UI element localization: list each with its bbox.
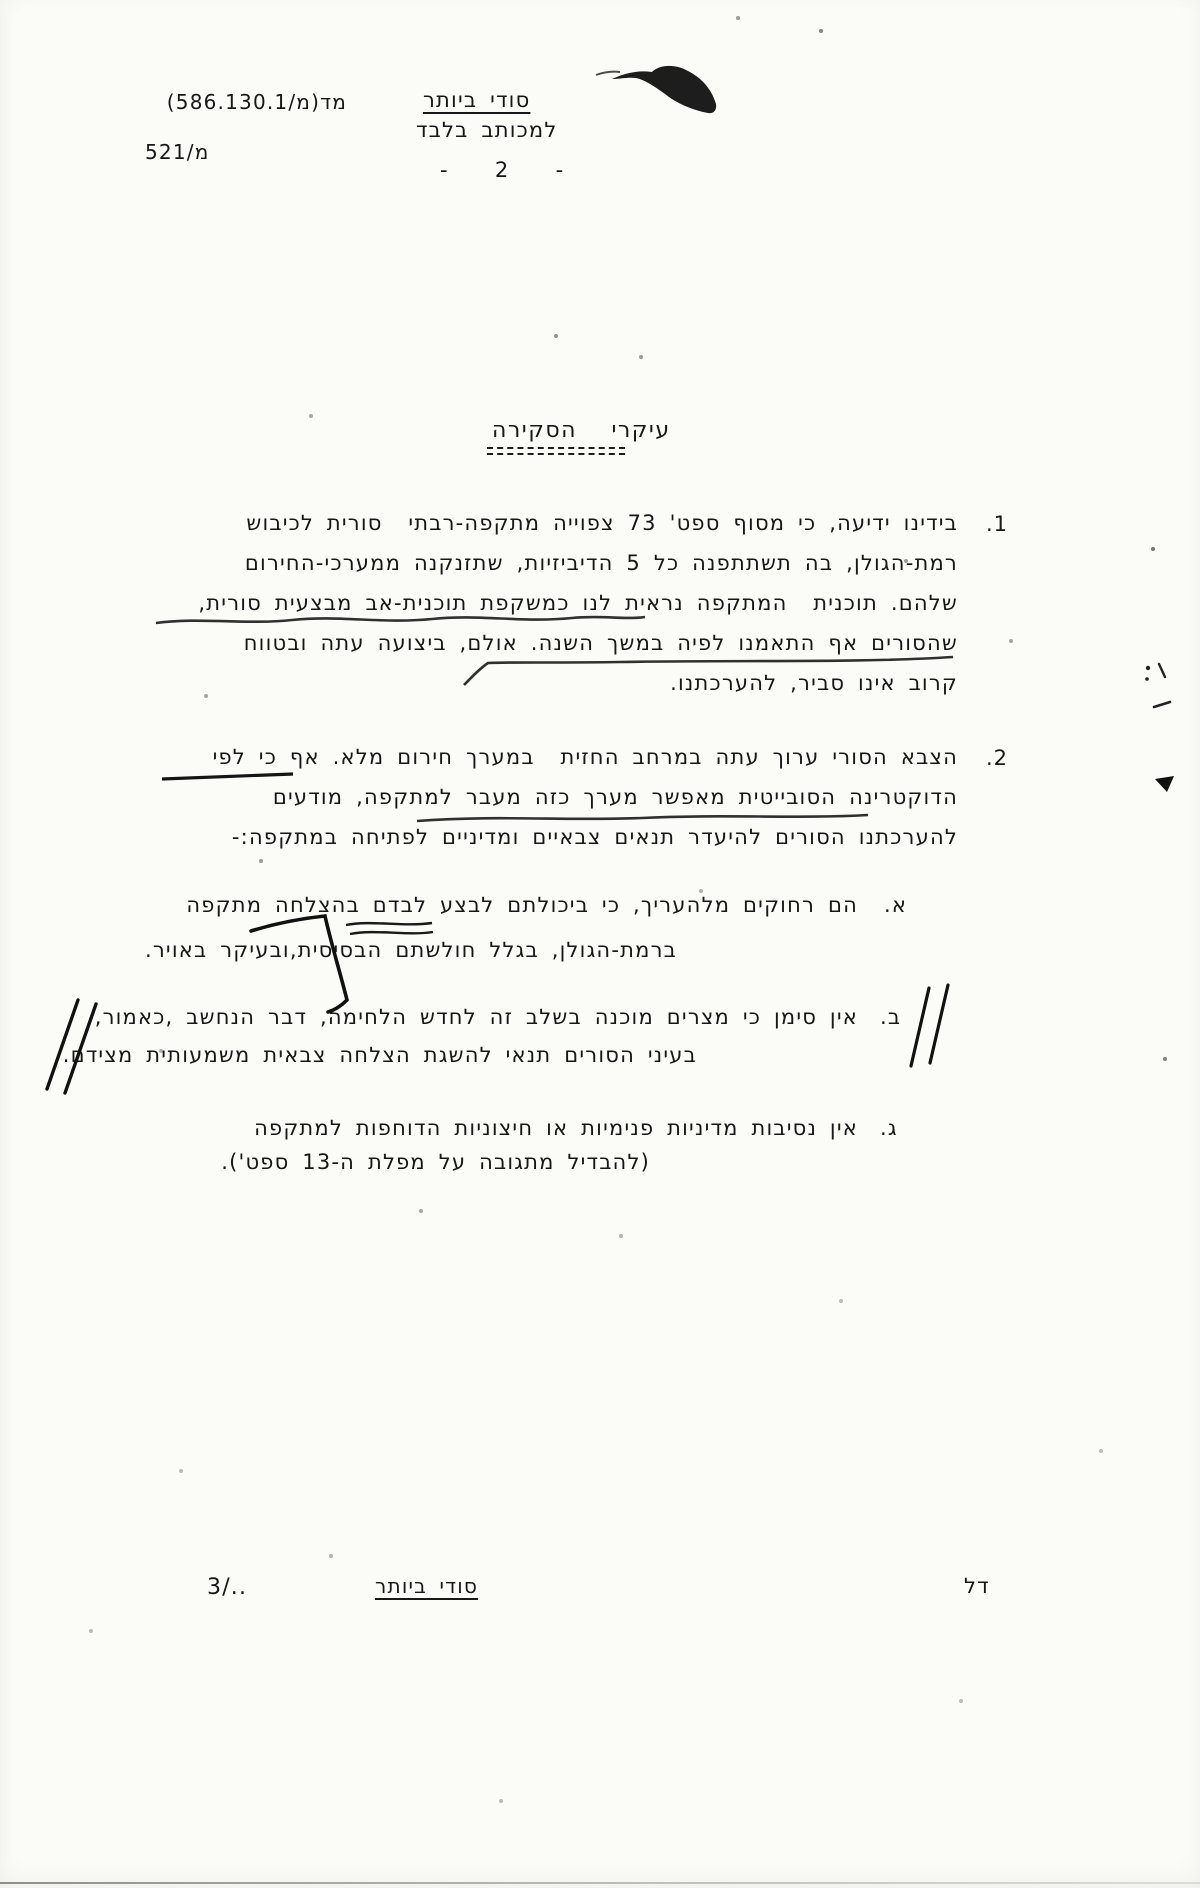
subitem-letter: ג. [880, 1116, 898, 1140]
scan-bottom-edge [0, 1882, 1200, 1884]
scan-specks [0, 0, 2, 2]
paragraph-line: בידינו ידיעה, כי מסוף ספט' 73 צפוייה מתק… [246, 511, 958, 535]
margin-mark-dash [1154, 702, 1170, 707]
addressee-note: למכותב בלבד [416, 118, 558, 142]
paragraph-line: קרוב אינו סביר, להערכתנו. [670, 671, 958, 695]
subitem-line: אין נסיבות מדיניות פנימיות או חיצוניות ה… [254, 1116, 858, 1140]
hand-check-mark [251, 916, 347, 1012]
subitem-line: אין סימן כי מצרים מוכנה בשלב זה לחדש הלח… [95, 1005, 858, 1029]
paragraph-number: .1 [986, 512, 1008, 536]
subitem-line: הם רחוקים מלהעריך, כי ביכולתם לבצע לבדם … [186, 893, 858, 917]
margin-mark-dot [1146, 666, 1150, 670]
footer-classification: סודי ביותר [375, 1574, 478, 1598]
subitem-line: (להבדיל מתגובה על מפלת ה-13 ספט'). [221, 1150, 650, 1174]
double-underline-bottom [350, 932, 433, 934]
margin-mark-tick [1159, 664, 1165, 677]
subitem-line: ברמת-הגולן, בגלל חולשתם הבסיסית,ובעיקר ב… [145, 938, 677, 962]
ink-blot-tail [596, 72, 620, 75]
page-number: - 2 - [440, 158, 565, 182]
double-underline-top [346, 923, 432, 925]
hand-underline-para1-line3 [156, 617, 645, 623]
section-title: עיקרי הסקירה [492, 418, 671, 443]
footer-page-ref: 3/.. [207, 1575, 247, 1600]
subitem-line: בעיני הסורים תנאי להשגת הצלחה צבאית משמע… [63, 1043, 697, 1067]
subitem-letter: ב. [880, 1005, 901, 1029]
hand-underline-para2-line1 [162, 774, 293, 779]
paragraph-line: רמת-הגולן, בה תשתתפנה כל 5 הדיביזיות, שת… [245, 551, 958, 575]
reference-number-line2: מ/521 [145, 140, 312, 164]
document-page: מד(מ/586.130.1) מ/521 סודי ביותר למכותב … [0, 0, 1200, 1888]
reference-number-line1: מד(מ/586.130.1) [145, 90, 347, 114]
paragraph-line: הצבא הסורי ערוך עתה במרחב החזית במערך חי… [213, 745, 958, 769]
classification-header: סודי ביותר [423, 88, 530, 112]
margin-mark-blob [1155, 776, 1174, 792]
footer-initials: דל [964, 1574, 990, 1598]
margin-mark-dot [1145, 677, 1149, 681]
paragraph-number: .2 [986, 746, 1008, 770]
subitem-letter: א. [884, 893, 907, 917]
title-dashed-rule [487, 447, 625, 455]
paragraph-line: להערכתנו הסורים להיעדר תנאים צבאיים ומדי… [232, 825, 958, 849]
hand-underline-para2-line2 [417, 815, 868, 821]
paragraph-line: שלהם. תוכנית המתקפה נראית לנו כמשקפת תוכ… [198, 591, 958, 615]
paragraph-line: הדוקטרינה הסובייטית מאפשר מערך כזה מעבר … [273, 785, 958, 809]
double-slash-right [911, 985, 948, 1066]
paragraph-line: שהסורים אף התאמנו לפיה במשך השנה. אולם, … [244, 631, 958, 655]
ink-blot [612, 66, 716, 113]
